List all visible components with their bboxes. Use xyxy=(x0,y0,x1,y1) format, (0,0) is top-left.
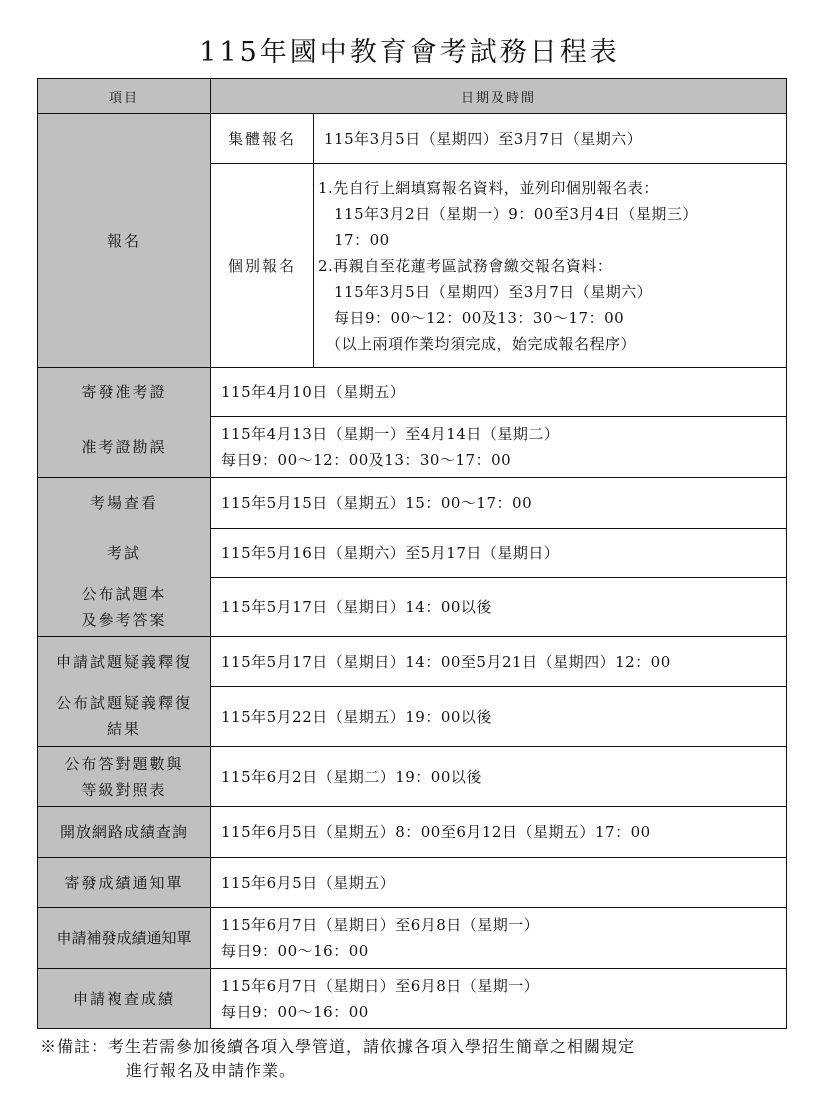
individual-registration-value: 1.先自行上網填寫報名資料，並列印個別報名表： 115年3月2日（星期一）9：0… xyxy=(314,164,787,368)
group-registration-value: 115年3月5日（星期四）至3月7日（星期六） xyxy=(314,114,787,164)
remarks-line-1: ※備註：考生若需參加後續各項入學管道，請依據各項入學招生簡章之相關規定 xyxy=(40,1035,635,1059)
row-value: 115年6月7日（星期日）至6月8日（星期一）每日9：00～16：00 xyxy=(211,908,787,969)
header-item: 項目 xyxy=(38,79,211,114)
table-row: 報名 集體報名 115年3月5日（星期四）至3月7日（星期六） xyxy=(38,114,787,164)
row-value: 115年4月10日（星期五） xyxy=(211,368,787,417)
schedule-table: 項目 日期及時間 報名 集體報名 115年3月5日（星期四）至3月7日（星期六）… xyxy=(37,78,787,1029)
table-row: 公布試題疑義釋復結果 115年5月22日（星期五）19：00以後 xyxy=(38,687,787,747)
table-row: 申請試題疑義釋復 115年5月17日（星期日）14：00至5月21日（星期四）1… xyxy=(38,637,787,687)
row-label: 考場查看 xyxy=(38,478,211,529)
table-row: 寄發准考證 115年4月10日（星期五） xyxy=(38,368,787,417)
remarks-line-2: 進行報名及申請作業。 xyxy=(40,1059,635,1083)
row-value: 115年6月5日（星期五） xyxy=(211,858,787,908)
table-row: 公布試題本及參考答案 115年5月17日（星期日）14：00以後 xyxy=(38,578,787,637)
row-label: 申請試題疑義釋復 xyxy=(38,637,211,687)
group-registration-label: 集體報名 xyxy=(211,114,314,164)
row-value: 115年5月22日（星期五）19：00以後 xyxy=(211,687,787,747)
row-label: 考試 xyxy=(38,529,211,578)
row-label: 公布試題本及參考答案 xyxy=(38,578,211,637)
registration-label: 報名 xyxy=(38,114,211,368)
individual-registration-label: 個別報名 xyxy=(211,164,314,368)
remarks-note: ※備註：考生若需參加後續各項入學管道，請依據各項入學招生簡章之相關規定 進行報名… xyxy=(40,1035,635,1083)
row-label: 寄發准考證 xyxy=(38,368,211,417)
row-label: 開放網路成績查詢 xyxy=(38,807,211,858)
table-row: 寄發成績通知單 115年6月5日（星期五） xyxy=(38,858,787,908)
row-value: 115年5月17日（星期日）14：00至5月21日（星期四）12：00 xyxy=(211,637,787,687)
table-row: 准考證勘誤 115年4月13日（星期一）至4月14日（星期二）每日9：00～12… xyxy=(38,417,787,478)
row-value: 115年5月15日（星期五）15：00～17：00 xyxy=(211,478,787,529)
row-label: 公布答對題數與等級對照表 xyxy=(38,747,211,807)
table-row: 考場查看 115年5月15日（星期五）15：00～17：00 xyxy=(38,478,787,529)
row-value: 115年4月13日（星期一）至4月14日（星期二）每日9：00～12：00及13… xyxy=(211,417,787,478)
row-label: 申請補發成績通知單 xyxy=(38,908,211,969)
table-row: 公布答對題數與等級對照表 115年6月2日（星期二）19：00以後 xyxy=(38,747,787,807)
row-value: 115年6月7日（星期日）至6月8日（星期一）每日9：00～16：00 xyxy=(211,969,787,1029)
row-value: 115年6月2日（星期二）19：00以後 xyxy=(211,747,787,807)
table-row: 申請複查成績 115年6月7日（星期日）至6月8日（星期一）每日9：00～16：… xyxy=(38,969,787,1029)
row-label: 寄發成績通知單 xyxy=(38,858,211,908)
row-label: 申請複查成績 xyxy=(38,969,211,1029)
row-value: 115年5月16日（星期六）至5月17日（星期日） xyxy=(211,529,787,578)
header-row: 項目 日期及時間 xyxy=(38,79,787,114)
row-value: 115年6月5日（星期五）8：00至6月12日（星期五）17：00 xyxy=(211,807,787,858)
table-row: 考試 115年5月16日（星期六）至5月17日（星期日） xyxy=(38,529,787,578)
page-title: 115年國中教育會考試務日程表 xyxy=(0,30,819,69)
header-datetime: 日期及時間 xyxy=(211,79,787,114)
table-row: 申請補發成績通知單 115年6月7日（星期日）至6月8日（星期一）每日9：00～… xyxy=(38,908,787,969)
row-value: 115年5月17日（星期日）14：00以後 xyxy=(211,578,787,637)
row-label: 公布試題疑義釋復結果 xyxy=(38,687,211,747)
row-label: 准考證勘誤 xyxy=(38,417,211,478)
table-row: 開放網路成績查詢 115年6月5日（星期五）8：00至6月12日（星期五）17：… xyxy=(38,807,787,858)
